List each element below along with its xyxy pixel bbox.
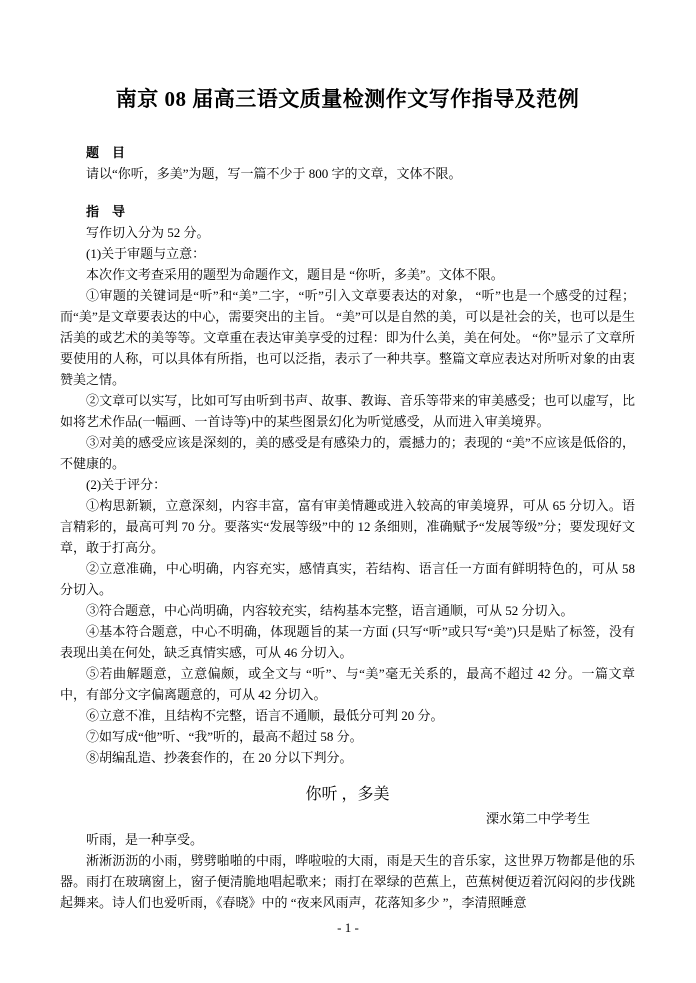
- guidance-paragraph: ⑥立意不准，且结构不完整，语言不通顺，最低分可判 20 分。: [60, 705, 635, 726]
- guidance-paragraph: ⑦如写成“他”听、“我”听的，最高不超过 58 分。: [60, 726, 635, 747]
- document-title: 南京 08 届高三语文质量检测作文写作指导及范例: [60, 86, 635, 112]
- essay-title: 你听 ，多美: [60, 782, 635, 808]
- guidance-paragraph: 本次作文考查采用的题型为命题作文，题目是 “你听，多美”。文体不限。: [60, 264, 635, 285]
- essay-byline: 溧水第二中学考生: [60, 808, 635, 829]
- guidance-paragraph: (1)关于审题与立意：: [60, 243, 635, 264]
- guidance-paragraph: ①审题的关键词是“听”和“美”二字，“听”引入文章要表达的对象， “听”也是一个…: [60, 285, 635, 390]
- guidance-paragraph: ③符合题意，中心尚明确，内容较充实，结构基本完整，语言通顺，可从 52 分切入。: [60, 600, 635, 621]
- guidance-paragraph: (2)关于评分：: [60, 474, 635, 495]
- guidance-paragraph: ④基本符合题意，中心不明确，体现题旨的某一方面 (只写“听”或只写“美”)只是贴…: [60, 621, 635, 663]
- page-number: - 1 -: [0, 921, 696, 935]
- document-page: 南京 08 届高三语文质量检测作文写作指导及范例 题 目 请以“你听，多美”为题…: [0, 0, 696, 983]
- guidance-paragraph: ③对美的感受应该是深刻的，美的感受是有感染力的，震撼力的；表现的 “美”不应该是…: [60, 432, 635, 474]
- document-content: 南京 08 届高三语文质量检测作文写作指导及范例 题 目 请以“你听，多美”为题…: [60, 86, 635, 913]
- guidance-heading: 指 导: [60, 201, 635, 222]
- guidance-paragraph: 写作切入分为 52 分。: [60, 222, 635, 243]
- topic-requirement: 请以“你听，多美”为题，写一篇不少于 800 字的文章，文体不限。: [60, 163, 635, 184]
- guidance-paragraph: ⑧胡编乱造、抄袭套作的，在 20 分以下判分。: [60, 747, 635, 768]
- guidance-paragraph: ⑤若曲解题意，立意偏颇，或全文与 “听”、与“美”毫无关系的，最高不超过 42 …: [60, 663, 635, 705]
- guidance-paragraph: ②立意准确，中心明确，内容充实，感情真实，若结构、语言任一方面有鲜明特色的，可从…: [60, 558, 635, 600]
- guidance-paragraph: ①构思新颖，立意深刻，内容丰富，富有审美情趣或进入较高的审美境界，可从 65 分…: [60, 495, 635, 558]
- guidance-paragraph: ②文章可以实写，比如可写由听到书声、故事、教诲、音乐等带来的审美感受；也可以虚写…: [60, 390, 635, 432]
- essay-paragraph: 听雨，是一种享受。: [60, 829, 635, 850]
- topic-heading: 题 目: [60, 142, 635, 163]
- essay-paragraph: 淅淅沥沥的小雨，劈劈啪啪的中雨，哗啦啦的大雨，雨是天生的音乐家，这世界万物都是他…: [60, 850, 635, 913]
